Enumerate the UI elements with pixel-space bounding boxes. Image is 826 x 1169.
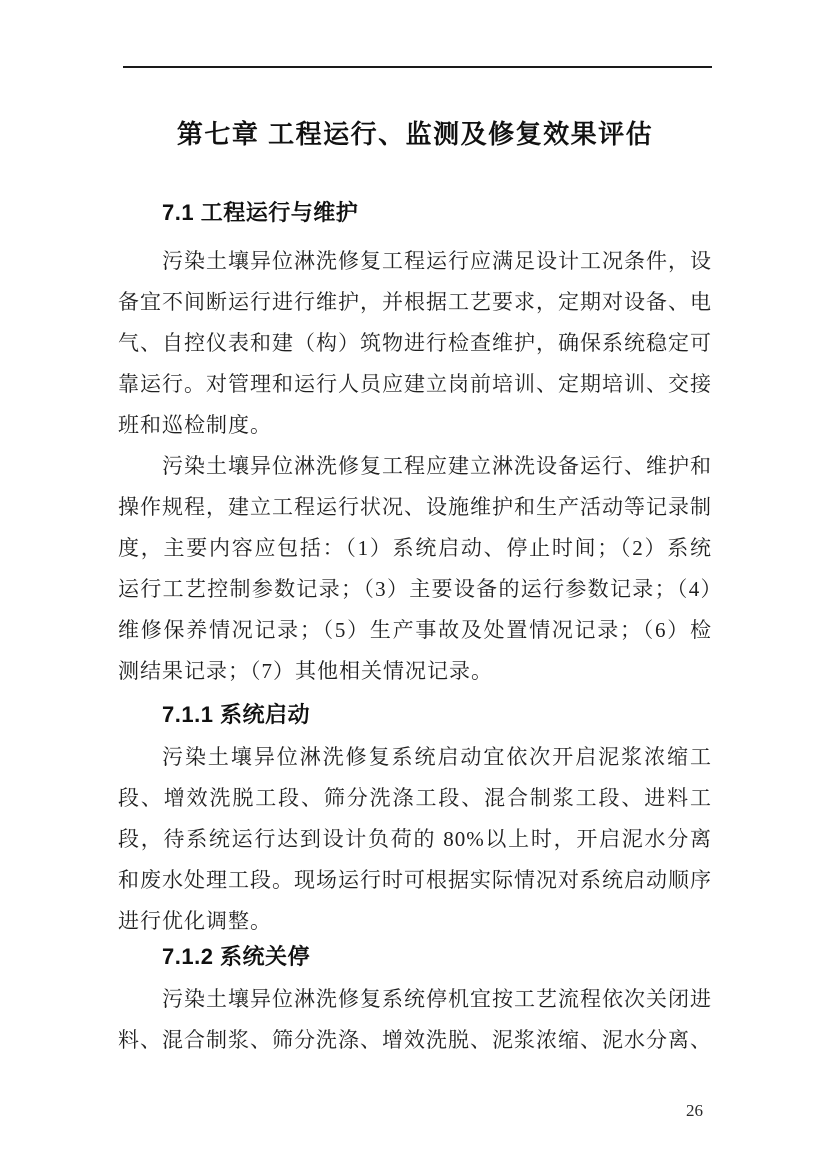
chapter-title: 第七章 工程运行、监测及修复效果评估 xyxy=(118,116,712,152)
paragraph-system-startup: 污染土壤异位淋洗修复系统启动宜依次开启泥浆浓缩工段、增效洗脱工段、筛分洗涤工段、… xyxy=(118,737,712,942)
paragraph-operation-conditions: 污染土壤异位淋洗修复工程运行应满足设计工况条件，设备宜不间断运行进行维护，并根据… xyxy=(118,241,712,446)
document-page: 第七章 工程运行、监测及修复效果评估 7.1 工程运行与维护 污染土壤异位淋洗修… xyxy=(0,0,826,1169)
paragraph-system-shutdown: 污染土壤异位淋洗修复系统停机宜按工艺流程依次关闭进料、混合制浆、筛分洗涤、增效洗… xyxy=(118,979,712,1061)
page-number: 26 xyxy=(686,1100,703,1122)
section-heading-7-1-2: 7.1.2 系统关停 xyxy=(118,936,712,977)
section-heading-7-1: 7.1 工程运行与维护 xyxy=(118,192,712,233)
section-heading-7-1-1: 7.1.1 系统启动 xyxy=(118,694,712,735)
page-content: 第七章 工程运行、监测及修复效果评估 7.1 工程运行与维护 污染土壤异位淋洗修… xyxy=(118,0,712,1061)
paragraph-record-system: 污染土壤异位淋洗修复工程应建立淋洗设备运行、维护和操作规程，建立工程运行状况、设… xyxy=(118,446,712,692)
